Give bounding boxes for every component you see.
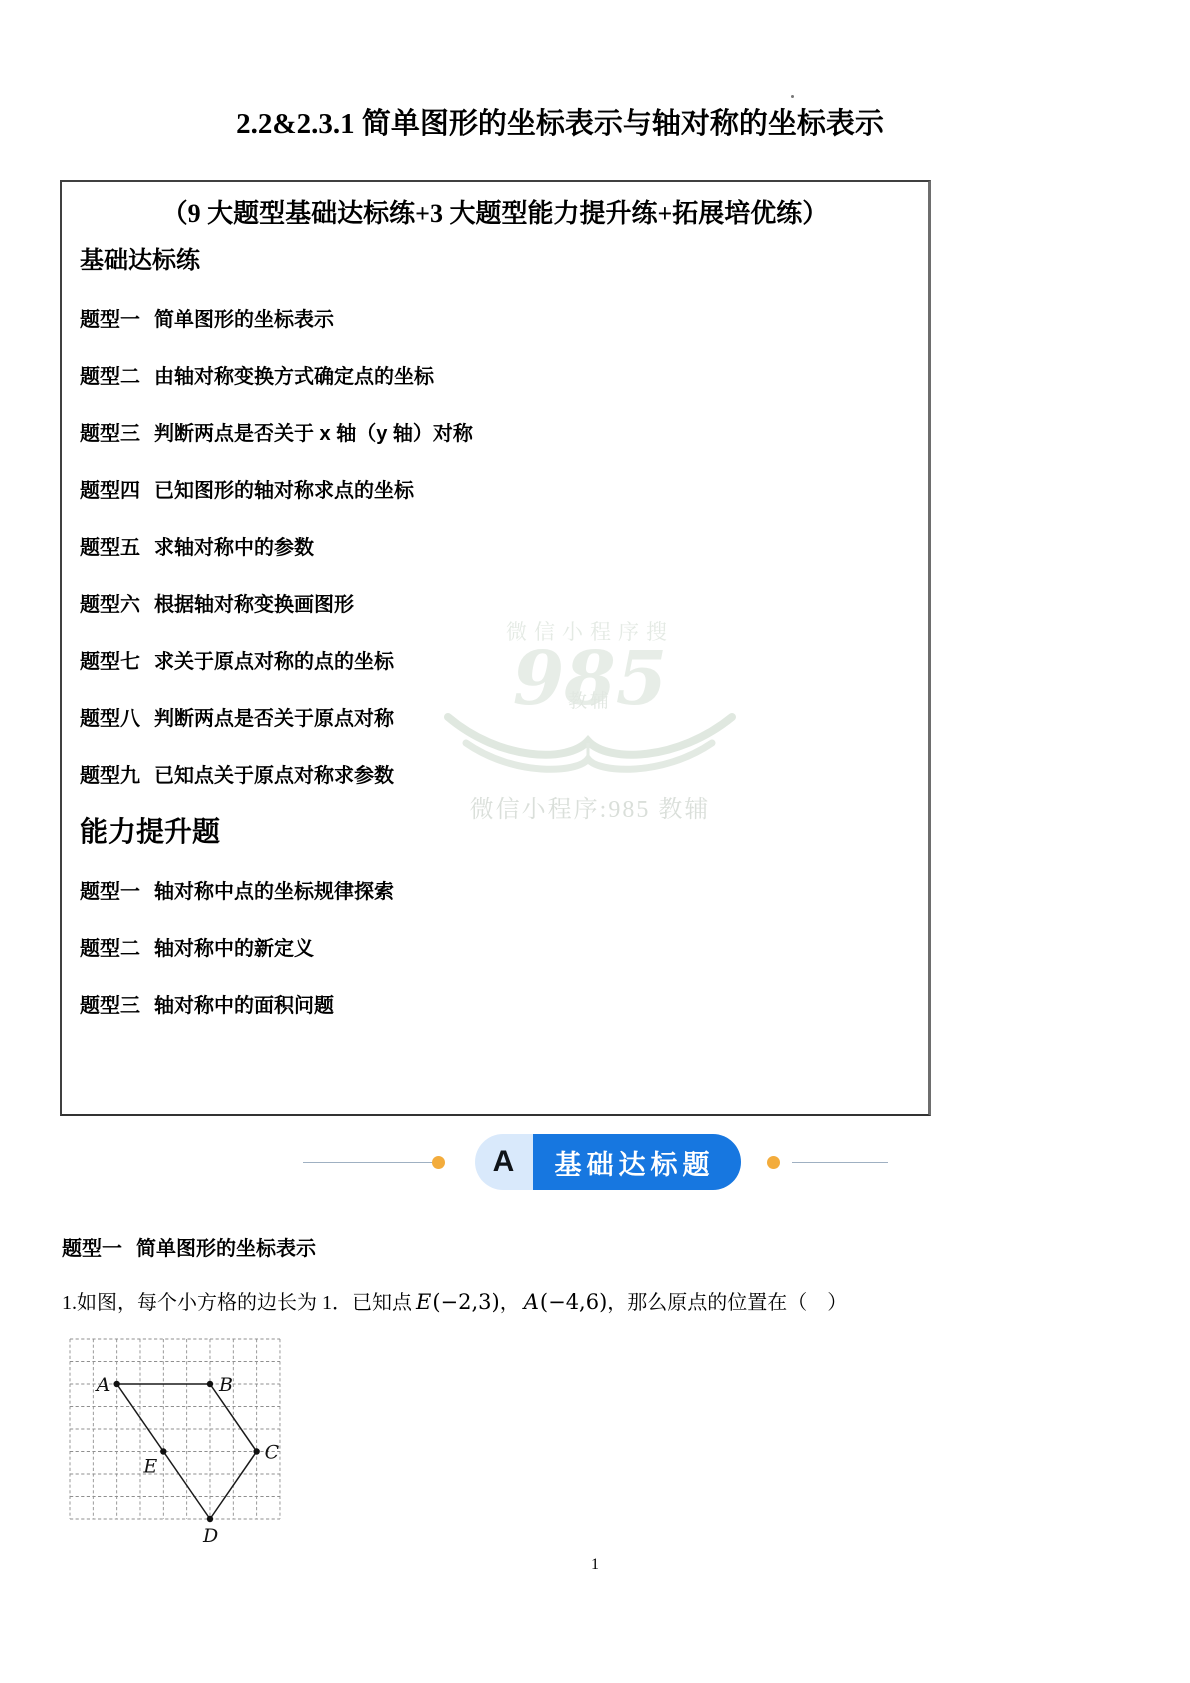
grid-svg: ABCDE	[65, 1336, 289, 1550]
item-text: 已知点关于原点对称求参数	[154, 765, 394, 787]
svg-text:C: C	[265, 1442, 280, 1464]
svg-text:E: E	[142, 1456, 157, 1478]
item-no: 题型五	[80, 537, 140, 559]
advanced-item-2: 题型二轴对称中的新定义	[80, 932, 314, 961]
section-a-badge: A 基础达标题	[0, 1133, 1190, 1191]
badge-left-line	[303, 1162, 433, 1163]
question-type-no: 题型一	[62, 1238, 122, 1260]
document-page: 微信小程序搜 985 教辅 微信小程序:985 教辅 2.2&2.3.1 简单图…	[0, 0, 1190, 1683]
item-no: 题型一	[80, 309, 140, 331]
item-text: 轴对称中的新定义	[154, 938, 314, 960]
item-no: 题型二	[80, 938, 140, 960]
basic-item-1: 题型一简单图形的坐标表示	[80, 303, 334, 332]
question-type-heading: 题型一简单图形的坐标表示	[62, 1232, 316, 1261]
item-no: 题型二	[80, 366, 140, 388]
badge-letter: A	[475, 1134, 533, 1190]
advanced-item-1: 题型一轴对称中点的坐标规律探索	[80, 875, 394, 904]
item-no: 题型六	[80, 594, 140, 616]
grid-diagram: ABCDE	[65, 1336, 289, 1555]
math-args-A: (−4,6)	[540, 1290, 607, 1314]
math-var-A: A	[520, 1290, 540, 1314]
basic-item-7: 题型七求关于原点对称的点的坐标	[80, 645, 394, 674]
badge-right-dot-icon	[767, 1156, 780, 1169]
basic-item-3: 题型三判断两点是否关于 x 轴（y 轴）对称	[80, 417, 473, 446]
question-suffix: ，那么原点的位置在（ ）	[607, 1292, 847, 1314]
svg-text:A: A	[95, 1374, 111, 1396]
basic-item-9: 题型九已知点关于原点对称求参数	[80, 759, 394, 788]
basic-item-6: 题型六根据轴对称变换画图形	[80, 588, 354, 617]
svg-text:D: D	[202, 1525, 218, 1547]
item-text: 由轴对称变换方式确定点的坐标	[154, 366, 434, 388]
item-text: 判断两点是否关于原点对称	[154, 708, 394, 730]
question-sep: ，	[500, 1292, 520, 1314]
item-text: 已知图形的轴对称求点的坐标	[154, 480, 414, 502]
item-no: 题型三	[80, 995, 140, 1017]
item-no: 题型九	[80, 765, 140, 787]
item-no: 题型八	[80, 708, 140, 730]
item-text: 求关于原点对称的点的坐标	[154, 651, 394, 673]
item-text: 求轴对称中的参数	[154, 537, 314, 559]
badge-left-dot-icon	[432, 1156, 445, 1169]
badge-right-line	[792, 1162, 888, 1163]
advanced-item-3: 题型三轴对称中的面积问题	[80, 989, 334, 1018]
basic-item-2: 题型二由轴对称变换方式确定点的坐标	[80, 360, 434, 389]
overview-subtitle: （9 大题型基础达标练+3 大题型能力提升练+拓展培优练）	[62, 193, 928, 230]
basic-item-8: 题型八判断两点是否关于原点对称	[80, 702, 394, 731]
question-prefix: 1.如图，每个小方格的边长为 1．已知点	[62, 1292, 412, 1314]
stray-dot-artifact	[791, 95, 794, 98]
item-no: 题型七	[80, 651, 140, 673]
item-text: 简单图形的坐标表示	[154, 309, 334, 331]
item-no: 题型一	[80, 881, 140, 903]
item-text: 轴对称中点的坐标规律探索	[154, 881, 394, 903]
question-type-text: 简单图形的坐标表示	[136, 1238, 316, 1260]
basic-item-4: 题型四已知图形的轴对称求点的坐标	[80, 474, 414, 503]
overview-box: （9 大题型基础达标练+3 大题型能力提升练+拓展培优练） 基础达标练 题型一简…	[60, 180, 931, 1116]
svg-text:B: B	[218, 1374, 233, 1396]
badge-label: 基础达标题	[533, 1134, 741, 1190]
badge-pill: A 基础达标题	[475, 1134, 741, 1190]
item-text: 根据轴对称变换画图形	[154, 594, 354, 616]
item-text: 轴对称中的面积问题	[154, 995, 334, 1017]
page-number: 1	[0, 1556, 1190, 1574]
basic-section-heading: 基础达标练	[80, 240, 200, 275]
item-text: 判断两点是否关于 x 轴（y 轴）对称	[154, 423, 473, 445]
item-no: 题型三	[80, 423, 140, 445]
question-1-text: 1.如图，每个小方格的边长为 1．已知点E(−2,3)，A(−4,6)，那么原点…	[62, 1284, 1142, 1321]
page-title: 2.2&2.3.1 简单图形的坐标表示与轴对称的坐标表示	[0, 101, 1190, 142]
basic-item-5: 题型五求轴对称中的参数	[80, 531, 314, 560]
math-args-E: (−2,3)	[432, 1290, 499, 1314]
item-no: 题型四	[80, 480, 140, 502]
math-var-E: E	[412, 1290, 432, 1314]
advanced-section-heading: 能力提升题	[80, 810, 220, 850]
